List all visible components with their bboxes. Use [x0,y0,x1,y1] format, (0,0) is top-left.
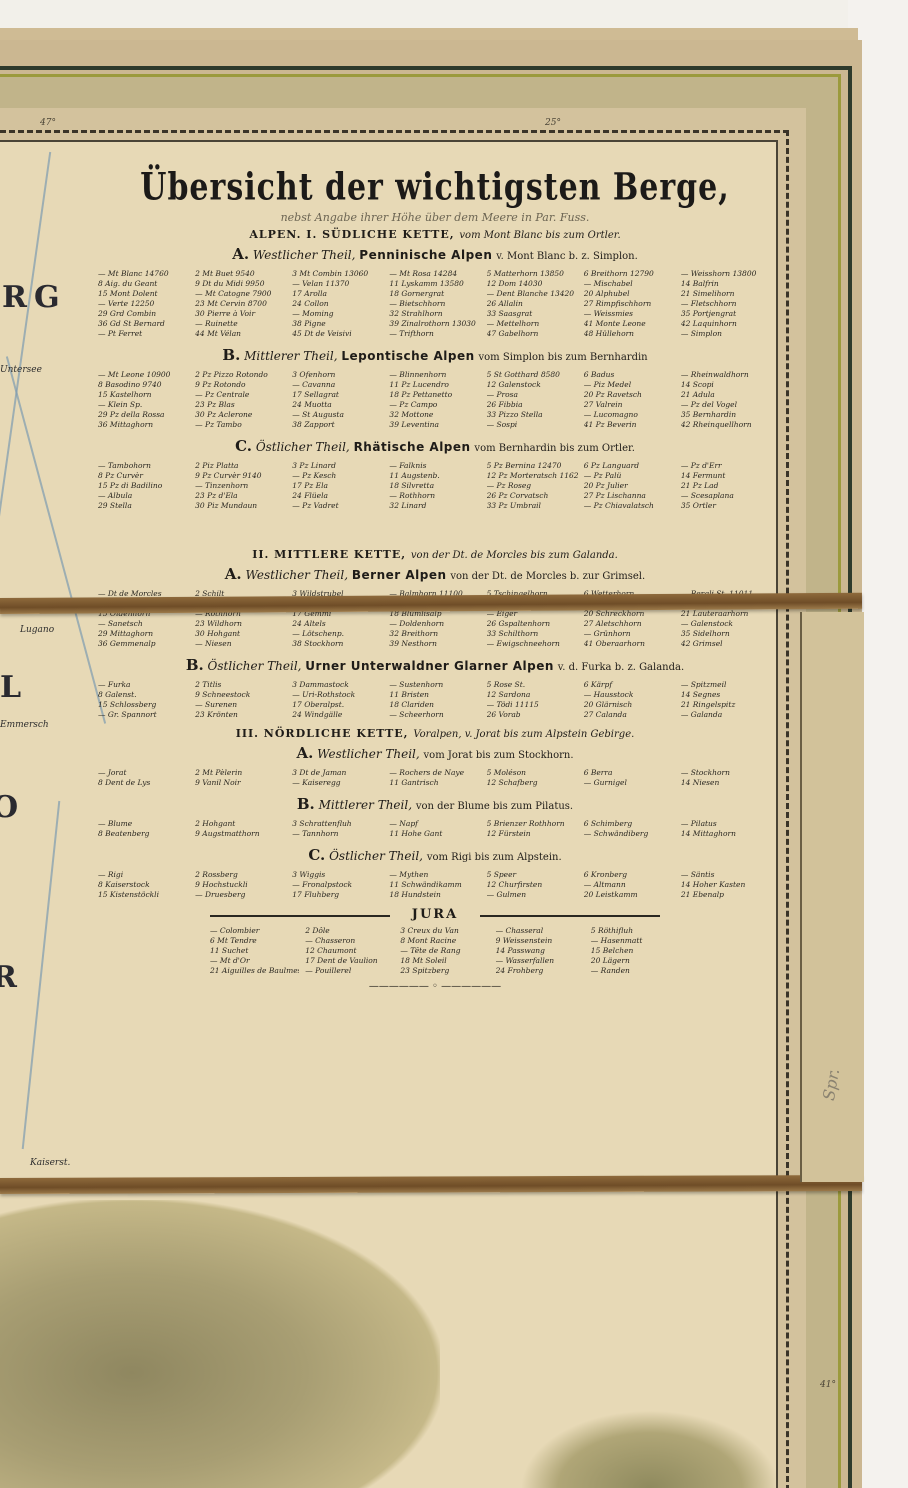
peak-entry: 8 Mont Racine [400,936,489,945]
chain-heading: ALPEN. I. SÜDLICHE KETTE, vom Mont Blanc… [90,228,780,241]
peak-entry: 17 Arolla [292,289,383,298]
peak-entry: 23 Krönten [195,710,286,719]
section-heading: A. Westlicher Theil, vom Jorat bis zum S… [90,744,780,762]
peak-entry: — Pz Centrale [195,390,286,399]
peak-entry: 26 Fibbia [487,400,578,409]
peak-entry: 15 Belchen [591,946,680,955]
peak-entry: 24 Frohberg [496,966,585,975]
coord-label: 41° [820,1380,836,1390]
peak-entry: 14 Hoher Kasten [681,880,772,889]
peak-entry: — Tinzenhorn [195,481,286,490]
peak-list: — Jorat2 Mt Pèlerin3 Dt de Jaman— Rocher… [98,768,772,787]
peak-entry: 11 Augstenb. [389,471,480,480]
peak-entry: 11 Hohe Gant [389,829,480,838]
peak-entry: — Scheerhorn [389,710,480,719]
peak-entry: — Ewigschneehorn [487,639,578,648]
peak-entry: — Albula [98,491,189,500]
peak-entry: 32 Mottone [389,410,480,419]
peak-entry: 9 Vanil Noir [195,778,286,787]
peak-entry: 29 Stella [98,501,189,510]
peak-entry: 14 Balfrin [681,279,772,288]
peak-entry: 5 Pz Bernina 12470 [487,461,578,470]
peak-entry: 11 Bristen [389,690,480,699]
peak-entry: 2 Hohgant [195,819,286,828]
peak-entry: 30 Hohgant [195,629,286,638]
peak-entry: — Pilatus [681,819,772,828]
peak-entry: 2 Mt Pèlerin [195,768,286,777]
peak-entry: 14 Scopi [681,380,772,389]
peak-entry: 21 Aiguilles de Baulmes [210,966,299,975]
peak-entry: 12 Churfirsten [487,880,578,889]
peak-entry: 14 Mittaghorn [681,829,772,838]
peak-entry: — Pt Ferret [98,329,189,338]
peak-entry: 41 Oberaarhorn [584,639,675,648]
peak-entry: 3 Dt de Jaman [292,768,383,777]
peak-entry: — Wasserfallen [496,956,585,965]
peak-entry: 42 Rheinquellhorn [681,420,772,429]
peak-entry: — Piz Medel [584,380,675,389]
section-heading: B. Östlicher Theil, Urner Unterwaldner G… [90,656,780,674]
section-heading: A. Westlicher Theil, Penninische Alpen v… [90,245,780,263]
peak-entry: — Velan 11370 [292,279,383,288]
peak-entry: — Pz Roseg [487,481,578,490]
peak-entry: — Grünhorn [584,629,675,638]
peak-entry: 14 Niesen [681,778,772,787]
chain-heading: III. NÖRDLICHE KETTE, Voralpen, v. Jorat… [90,727,780,740]
peak-entry: 6 Schimberg [584,819,675,828]
peak-entry: 5 Moléson [487,768,578,777]
photograph: 47° 25° 41° R G L O R Emmersch Untersee … [0,0,908,1488]
peak-entry: 21 Lauteraarhorn [681,609,772,618]
peak-entry: 21 Ebenalp [681,890,772,899]
peak-entry: 41 Pz Beverin [584,420,675,429]
peak-entry: — Hasenmatt [591,936,680,945]
legend-title: Übersicht der wichtigsten Berge, [90,166,780,210]
peak-entry: — Säntis [681,870,772,879]
peak-entry: 42 Grimsel [681,639,772,648]
peak-entry: — Kaiseregg [292,778,383,787]
peak-entry: — Tête de Rang [400,946,489,955]
peak-entry: 18 Silvretta [389,481,480,490]
peak-entry: — Scesaplana [681,491,772,500]
peak-entry: — Weisshorn 13800 [681,269,772,278]
section-heading: B. Mittlerer Theil, von der Blume bis zu… [90,795,780,813]
peak-entry: — Fronalpstock [292,880,383,889]
map-region-letter: G [34,280,60,315]
peak-entry: 3 Mt Combin 13060 [292,269,383,278]
peak-entry: 39 Zinalrothorn 13030 [389,319,480,328]
peak-entry: — Schwändiberg [584,829,675,838]
peak-entry: 15 Kistenstöckli [98,890,189,899]
section-heading: A. Westlicher Theil, Berner Alpen von de… [90,565,780,583]
map-region-letter: R [2,280,27,315]
peak-entry: 33 Schilthorn [487,629,578,638]
peak-entry: 8 Kaiserstock [98,880,189,889]
peak-entry: 2 Pz Pizzo Rotondo [195,370,286,379]
peak-entry: — Fletschhorn [681,299,772,308]
peak-entry: — Niesen [195,639,286,648]
peak-entry: 30 Pz Aclerone [195,410,286,419]
peak-entry: — Rochers de Naye [389,768,480,777]
peak-entry: 8 Beatenberg [98,829,189,838]
peak-entry: — Spitzmeil [681,680,772,689]
map-geography-left: R G L O R Emmersch Untersee Kaiserst. Lu… [0,150,100,1200]
peak-entry: 9 Augstmatthorn [195,829,286,838]
peak-entry: 6 Badus [584,370,675,379]
map-place-label: Emmersch [0,720,49,730]
peak-list: — Mt Leone 109002 Pz Pizzo Rotondo3 Ofen… [98,370,772,429]
peak-entry: 2 Titlis [195,680,286,689]
peak-entry: 33 Pz Umbrail [487,501,578,510]
peak-entry: 20 Pz Ravetsch [584,390,675,399]
peak-list: — Rigi2 Rossberg3 Wiggis— Mythen5 Speer6… [98,870,772,899]
peak-entry: 11 Gantrisch [389,778,480,787]
peak-entry: 18 Pz Pettanetto [389,390,480,399]
peak-entry: 15 Schlossberg [98,700,189,709]
peak-entry: — Cavanna [292,380,383,389]
peak-entry: 35 Ortler [681,501,772,510]
peak-entry: 23 Spitzberg [400,966,489,975]
peak-entry: — Sustenhorn [389,680,480,689]
peak-entry: 20 Alphubel [584,289,675,298]
peak-entry: 9 Pz Rotondo [195,380,286,389]
peak-entry: 32 Breithorn [389,629,480,638]
map-place-label: Kaiserst. [30,1158,70,1168]
peak-entry: 29 Grd Combin [98,309,189,318]
peak-entry: 3 Ofenhorn [292,370,383,379]
peak-entry: 6 Breithorn 12790 [584,269,675,278]
jura-peak-list: — Colombier2 Dôle3 Creux du Van— Chasser… [210,926,680,975]
peak-entry: — Gurnigel [584,778,675,787]
peak-entry: — Gulmen [487,890,578,899]
peak-entry: 12 Chaumont [305,946,394,955]
peak-entry: 5 St Gotthard 8580 [487,370,578,379]
peak-entry: — Randen [591,966,680,975]
peak-entry: — Trifthorn [389,329,480,338]
peak-list: — Mt Blanc 147602 Mt Buet 95403 Mt Combi… [98,269,772,338]
relief-terrain [520,1410,780,1488]
peak-entry: — Hausstock [584,690,675,699]
peak-entry: 38 Pigne [292,319,383,328]
peak-entry: 29 Mittaghorn [98,629,189,638]
peak-entry: 14 Fermunt [681,471,772,480]
peak-entry: 21 Pz Lad [681,481,772,490]
peak-entry: — Uri-Rothstock [292,690,383,699]
peak-entry: — Tödi 11115 [487,700,578,709]
peak-entry: 23 Wildhorn [195,619,286,628]
peak-entry: — Galanda [681,710,772,719]
peak-entry: 38 Zapport [292,420,383,429]
peak-entry: 12 Sardona [487,690,578,699]
peak-entry: 3 Pz Linard [292,461,383,470]
peak-entry: — Tambohorn [98,461,189,470]
peak-entry: 26 Pz Corvatsch [487,491,578,500]
peak-entry: — Bietschhorn [389,299,480,308]
map-region-letter: L [0,670,21,705]
peak-entry: 6 Kronberg [584,870,675,879]
peak-entry: — Rheinwaldhorn [681,370,772,379]
peak-entry: — Moming [292,309,383,318]
peak-entry: — Pouillerel [305,966,394,975]
coord-label: 25° [545,118,561,128]
peak-entry: — Gr. Spannort [98,710,189,719]
peak-entry: 32 Linard [389,501,480,510]
map-region-letter: R [0,960,17,995]
peak-entry: 18 Mt Soleil [400,956,489,965]
peak-entry: — Pz Vadret [292,501,383,510]
peak-entry: — Verte 12250 [98,299,189,308]
peak-list: — Furka2 Titlis3 Dammastock— Sustenhorn5… [98,680,772,719]
peak-entry: 8 Dent de Lys [98,778,189,787]
peak-entry: 9 Dt du Midi 9950 [195,279,286,288]
peak-entry: 11 Lyskamm 13580 [389,279,480,288]
peak-entry: 27 Valrein [584,400,675,409]
peak-entry: 6 Berra [584,768,675,777]
peak-entry: 21 Adula [681,390,772,399]
legend-subtitle: nebst Angabe ihrer Höhe über dem Meere i… [90,211,780,224]
peak-entry: 2 Dôle [305,926,394,935]
peak-entry: — Dent Blanche 13420 [487,289,578,298]
peak-entry: 30 Piz Mundaun [195,501,286,510]
peak-entry: 21 Ringelspitz [681,700,772,709]
peak-entry: 17 Dent de Vaulion [305,956,394,965]
peak-entry: 8 Basodino 9740 [98,380,189,389]
peak-entry: — Rothhorn [389,491,480,500]
peak-entry: 30 Pierre à Voir [195,309,286,318]
chain-heading: II. MITTLERE KETTE, von der Dt. de Morcl… [90,548,780,561]
peak-entry: — Rigi [98,870,189,879]
peak-entry: 18 Gornergrat [389,289,480,298]
map-place-label: Untersee [0,365,42,375]
peak-entry: — Mt Leone 10900 [98,370,189,379]
peak-entry: — Mettelhorn [487,319,578,328]
peak-entry: 24 Altels [292,619,383,628]
peak-entry: 9 Weissenstein [496,936,585,945]
peak-entry: 32 Strahlhorn [389,309,480,318]
peak-entry: — Altmann [584,880,675,889]
peak-entry: 36 Gemmenalp [98,639,189,648]
peak-entry: 9 Hochstuckli [195,880,286,889]
peak-entry: 12 Dom 14030 [487,279,578,288]
peak-entry: — Klein Sp. [98,400,189,409]
peak-entry: 17 Fluhberg [292,890,383,899]
peak-entry: — Sanetsch [98,619,189,628]
peak-entry: 35 Bernhardin [681,410,772,419]
peak-entry: — Stockhorn [681,768,772,777]
peak-entry: 3 Wiggis [292,870,383,879]
peak-entry: — Simplon [681,329,772,338]
peak-entry: 14 Passwang [496,946,585,955]
peak-entry: 24 Collon [292,299,383,308]
peak-entry: 11 Suchet [210,946,299,955]
peak-entry: — Pz del Vogel [681,400,772,409]
peak-entry: 8 Galenst. [98,690,189,699]
fold-strip [0,1175,862,1194]
peak-entry: 20 Pz Julier [584,481,675,490]
peak-entry: 12 Fürstein [487,829,578,838]
peak-entry: 18 Clariden [389,700,480,709]
peak-entry: 5 Matterhorn 13850 [487,269,578,278]
peak-entry: 24 Muotta [292,400,383,409]
jura-end-ornament: —————— ◦ —————— [90,981,780,992]
section-heading: B. Mittlerer Theil, Lepontische Alpen vo… [90,346,780,364]
peak-list: — Blume2 Hohgant3 Schrattenfluh— Napf5 B… [98,819,772,838]
peak-entry: 26 Gspaltenhorn [487,619,578,628]
peak-entry: — Blinnenhorn [389,370,480,379]
peak-entry: 15 Mont Dolent [98,289,189,298]
peak-entry: 20 Leistkamm [584,890,675,899]
section-heading: C. Östlicher Theil, Rhätische Alpen vom … [90,437,780,455]
peak-entry: — Lötschenp. [292,629,383,638]
peak-entry: 11 Pz Lucendro [389,380,480,389]
map-place-label: Lugano [20,625,54,635]
peak-entry: 6 Mt Tendre [210,936,299,945]
peak-entry: — Galenstock [681,619,772,628]
peak-entry: 35 Sidelhorn [681,629,772,638]
peak-entry: — Pz Palü [584,471,675,480]
relief-terrain [0,1200,440,1488]
peak-entry: 12 Galenstock [487,380,578,389]
peak-entry: 17 Oberalpst. [292,700,383,709]
peak-entry: 15 Pz di Badilino [98,481,189,490]
peak-entry: 5 Röthifluh [591,926,680,935]
peak-entry: — Mt Rosa 14284 [389,269,480,278]
border-line [22,801,61,1149]
peak-entry: 3 Schrattenfluh [292,819,383,828]
peak-entry: — St Augusta [292,410,383,419]
peak-entry: — Pz d'Err [681,461,772,470]
peak-list: — Tambohorn2 Piz Platta3 Pz Linard— Falk… [98,461,772,510]
peak-entry: 6 Kärpf [584,680,675,689]
peak-entry: 2 Mt Buet 9540 [195,269,286,278]
peak-entry: 9 Pz Curvèr 9140 [195,471,286,480]
peak-entry: 9 Schneestock [195,690,286,699]
peak-entry: — Mischabel [584,279,675,288]
peak-entry: 39 Nesthorn [389,639,480,648]
peak-entry: — Lucomagno [584,410,675,419]
peak-entry: 42 Laquinhorn [681,319,772,328]
peak-entry: 24 Windgälle [292,710,383,719]
peak-entry: 36 Mittaghorn [98,420,189,429]
peak-entry: — Pz Kesch [292,471,383,480]
peak-entry: — Jorat [98,768,189,777]
peak-entry: 44 Mt Vélan [195,329,286,338]
peak-entry: — Surenen [195,700,286,709]
peak-entry: 35 Portjengrat [681,309,772,318]
peak-entry: 27 Calanda [584,710,675,719]
peak-entry: 38 Stockhorn [292,639,383,648]
peak-entry: 20 Glärnisch [584,700,675,709]
peak-entry: 8 Pz Curvèr [98,471,189,480]
peak-entry: 36 Gd St Bernard [98,319,189,328]
peak-entry: 33 Saasgrat [487,309,578,318]
peak-entry: 5 Speer [487,870,578,879]
peak-entry: — Pz Tambo [195,420,286,429]
peak-entry: 20 Lägern [591,956,680,965]
peak-entry: 15 Kastelhorn [98,390,189,399]
peak-entry: 3 Dammastock [292,680,383,689]
peak-entry: 48 Hüllehorn [584,329,675,338]
peak-entry: 6 Pz Languard [584,461,675,470]
peak-entry: 47 Gabelhorn [487,329,578,338]
peak-entry: — Mt Blanc 14760 [98,269,189,278]
peak-entry: — Druesberg [195,890,286,899]
peak-entry: — Furka [98,680,189,689]
peak-entry: — Mt d'Or [210,956,299,965]
coord-label: 47° [40,118,56,128]
peak-entry: 41 Monte Leone [584,319,675,328]
peak-entry: 27 Aletschhorn [584,619,675,628]
peak-entry: 17 Pz Ela [292,481,383,490]
peak-entry: — Pz Campo [389,400,480,409]
peak-entry: 26 Allalin [487,299,578,308]
peak-entry: 17 Sellagrat [292,390,383,399]
peak-entry: — Prosa [487,390,578,399]
peak-entry: — Chasseral [496,926,585,935]
peak-entry: 11 Schwändikamm [389,880,480,889]
peak-entry: 8 Aig. du Geant [98,279,189,288]
peak-entry: 5 Rose St. [487,680,578,689]
peak-entry: 14 Segnes [681,690,772,699]
peak-entry: 39 Leventina [389,420,480,429]
mountain-height-legend: Übersicht der wichtigsten Berge, nebst A… [90,150,780,992]
peak-entry: 27 Pz Lischanna [584,491,675,500]
peak-entry: — Blume [98,819,189,828]
peak-entry: 2 Piz Platta [195,461,286,470]
peak-entry: 26 Vorab [487,710,578,719]
peak-entry: 3 Creux du Van [400,926,489,935]
peak-entry: — Sospi [487,420,578,429]
peak-entry: 5 Brienzer Rothhorn [487,819,578,828]
peak-entry: — Ruinette [195,319,286,328]
peak-entry: 27 Rimpfischhorn [584,299,675,308]
peak-entry: 23 Pz Blas [195,400,286,409]
peak-entry: — Falknis [389,461,480,470]
peak-entry: 12 Schafberg [487,778,578,787]
peak-entry: — Colombier [210,926,299,935]
peak-entry: 18 Hundstein [389,890,480,899]
peak-entry: 2 Rossberg [195,870,286,879]
peak-entry: 29 Pz della Rossa [98,410,189,419]
jura-heading: JURA [90,907,780,922]
peak-entry: — Tannhorn [292,829,383,838]
peak-entry: — Napf [389,819,480,828]
map-region-letter: O [0,790,18,825]
peak-entry: — Mythen [389,870,480,879]
peak-entry: 45 Dt de Veisivi [292,329,383,338]
peak-entry: — Weissmies [584,309,675,318]
peak-entry: 24 Flüela [292,491,383,500]
peak-entry: — Doldenhorn [389,619,480,628]
peak-entry: — Chasseron [305,936,394,945]
peak-entry: 33 Pizzo Stella [487,410,578,419]
peak-entry: 23 Pz d'Ela [195,491,286,500]
peak-entry: 12 Pz Morteratsch 11620 [487,471,578,480]
peak-entry: 21 Simelihorn [681,289,772,298]
peak-entry: — Mt Catogne 7900 [195,289,286,298]
peak-entry: — Pz Chiavalatsch [584,501,675,510]
peak-entry: 23 Mt Cervin 8700 [195,299,286,308]
section-heading: C. Östlicher Theil, vom Rigi bis zum Alp… [90,846,780,864]
